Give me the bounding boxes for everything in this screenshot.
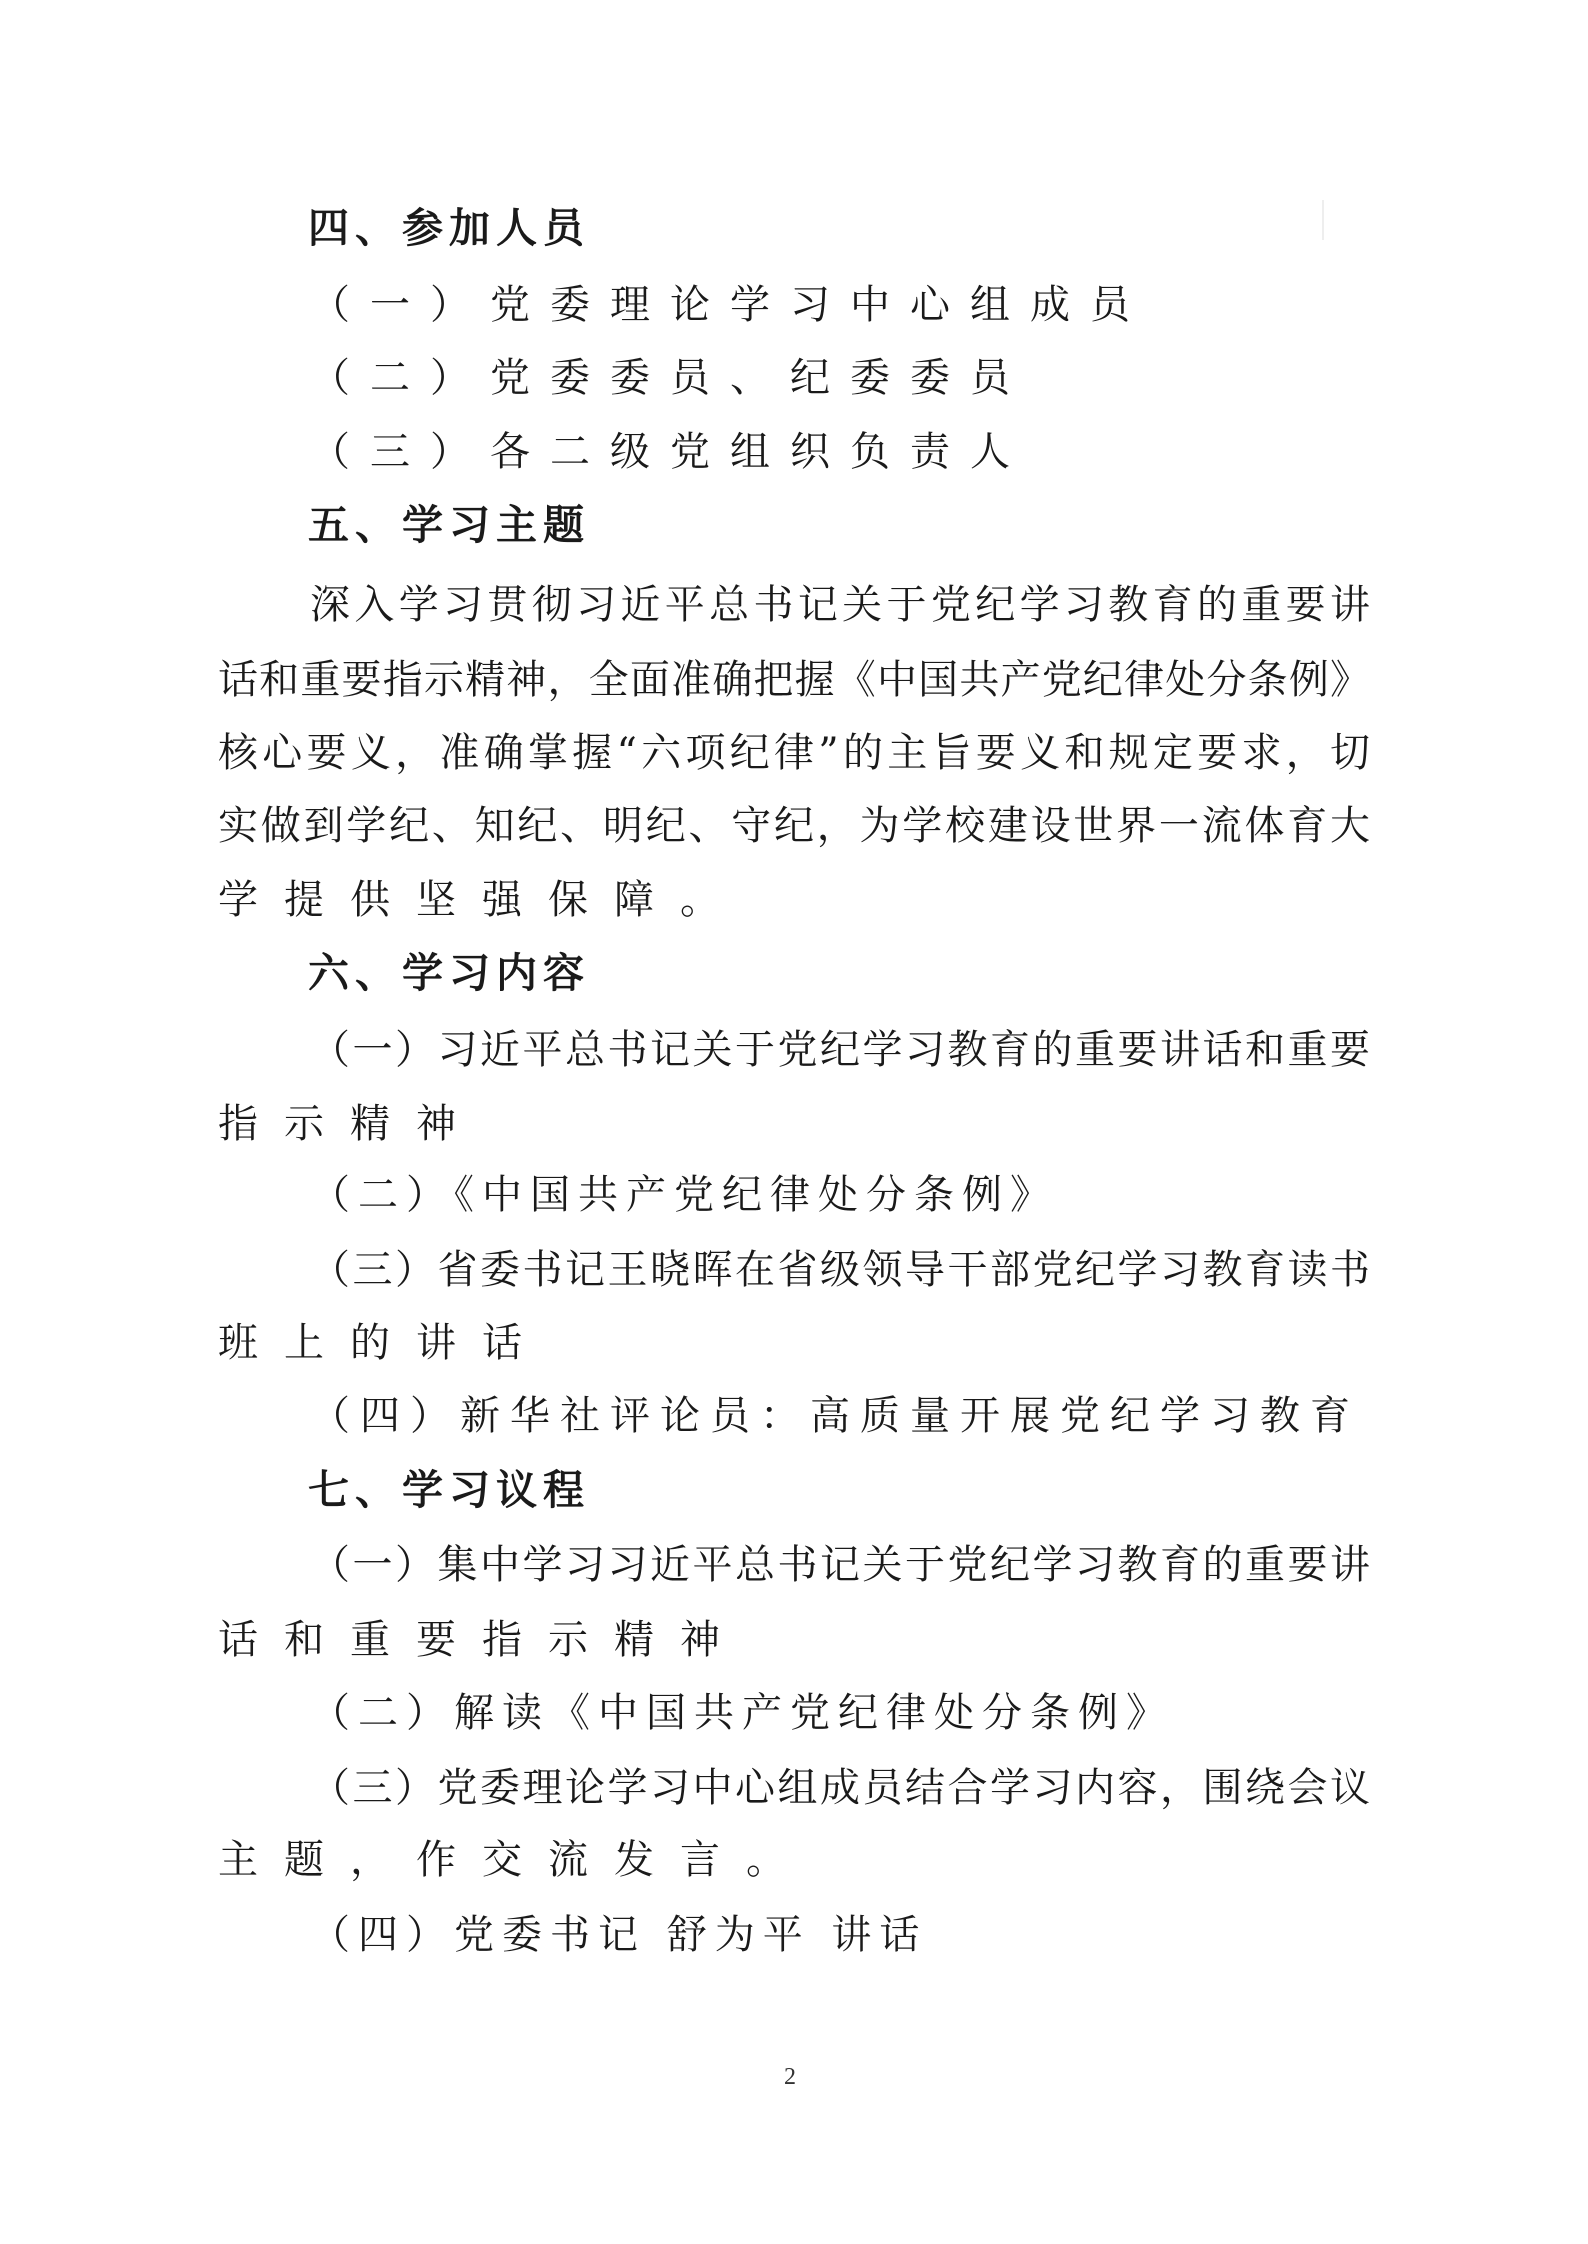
agenda-item-4: （四）党委书记 舒为平 讲话 xyxy=(310,1905,1462,1965)
section-heading-theme: 五、学习主题 xyxy=(308,495,1460,555)
content-item-2: （二）《中国共产党纪律处分条例》 xyxy=(310,1165,1462,1225)
agenda-item-3: （三）党委理论学习中心组成员结合学习内容，围绕会议 xyxy=(310,1758,1370,1818)
theme-paragraph-line-4: 实做到学纪、知纪、明纪、守纪，为学校建设世界一流体育大 xyxy=(218,796,1370,856)
participant-item-1: （一）党委理论学习中心组成员 xyxy=(310,275,1462,335)
agenda-item-3-cont: 主题，作交流发言。 xyxy=(218,1830,1370,1890)
content-item-1: （一）习近平总书记关于党纪学习教育的重要讲话和重要 xyxy=(310,1020,1370,1080)
section-heading-content: 六、学习内容 xyxy=(308,943,1460,1003)
agenda-item-1: （一）集中学习习近平总书记关于党纪学习教育的重要讲 xyxy=(310,1535,1370,1595)
agenda-item-2: （二）解读《中国共产党纪律处分条例》 xyxy=(310,1683,1462,1743)
theme-paragraph-line-5: 学提供坚强保障。 xyxy=(218,870,1370,930)
theme-paragraph-line-2: 话和重要指示精神，全面准确把握《中国共产党纪律处分条例》 xyxy=(218,650,1370,710)
content-item-3: （三）省委书记王晓晖在省级领导干部党纪学习教育读书 xyxy=(310,1240,1370,1300)
section-heading-agenda: 七、学习议程 xyxy=(308,1460,1460,1520)
agenda-item-1-cont: 话和重要指示精神 xyxy=(218,1610,1370,1670)
page-number: 2 xyxy=(770,2064,810,2091)
participant-item-2: （二）党委委员、纪委委员 xyxy=(310,348,1462,408)
theme-paragraph-line-3: 核心要义，准确掌握“六项纪律”的主旨要义和规定要求，切 xyxy=(218,723,1370,783)
content-item-1-cont: 指示精神 xyxy=(218,1094,1370,1154)
document-page: 四、参加人员 （一）党委理论学习中心组成员 （二）党委委员、纪委委员 （三）各二… xyxy=(0,0,1588,2244)
participant-item-3: （三）各二级党组织负责人 xyxy=(310,422,1462,482)
content-item-3-cont: 班上的讲话 xyxy=(218,1313,1370,1373)
theme-paragraph-line-1: 深入学习贯彻习近平总书记关于党纪学习教育的重要讲 xyxy=(310,575,1370,635)
content-item-4: （四）新华社评论员：高质量开展党纪学习教育 xyxy=(310,1386,1462,1446)
section-heading-participants: 四、参加人员 xyxy=(308,198,1460,258)
